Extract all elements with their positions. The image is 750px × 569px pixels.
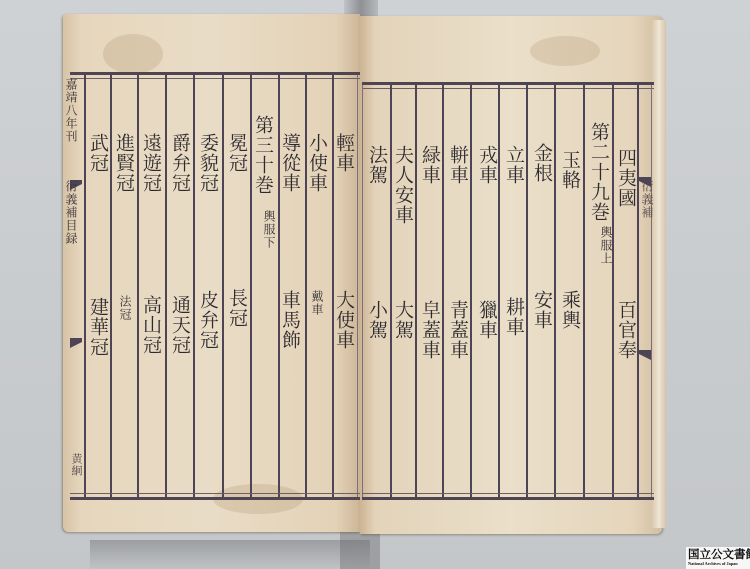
- entry-lower: 小駕: [366, 300, 388, 340]
- left-margin-carver: 黄絅: [70, 453, 83, 477]
- rule-line: [583, 85, 585, 497]
- entry-lower: 青蓋車: [447, 300, 469, 360]
- chapter-note: 輿服下: [262, 210, 276, 249]
- entry-upper: 玉輅: [559, 150, 581, 190]
- chapter-heading: 第三十巻: [252, 115, 274, 195]
- entry-upper: 立車: [503, 145, 525, 185]
- book-shadow: [90, 540, 370, 569]
- entry-lower: 大使車: [333, 290, 355, 350]
- entry-lower: 耕車: [503, 297, 525, 337]
- left-margin-subtitle: 衍義補目録: [64, 180, 78, 245]
- entry-lower: 通天冠: [169, 295, 191, 355]
- chapter-note: 輿服上: [599, 226, 613, 265]
- entry-upper: 戎車: [476, 145, 498, 185]
- rule-line: [165, 75, 167, 497]
- rule-line: [470, 85, 472, 497]
- logo-english: National Archives of Japan: [688, 561, 738, 567]
- entry-upper: 爵弁冠: [169, 133, 191, 193]
- entry-upper: 金根: [531, 143, 553, 183]
- rule-line: [554, 85, 556, 497]
- entry-lower: 車馬飾: [279, 290, 301, 350]
- entry-lower: 戴車: [310, 290, 324, 316]
- entry-lower: 法冠: [118, 295, 132, 321]
- entry-upper: 委貌冠: [197, 133, 219, 193]
- rule-line: [222, 75, 224, 497]
- page-edge: [652, 20, 666, 528]
- entry-lower: 皮弁冠: [197, 290, 219, 350]
- paper-stain: [530, 36, 600, 66]
- rule-line: [526, 85, 528, 497]
- entry-upper: 輕車: [333, 133, 355, 173]
- entry-upper: 夫人安車: [392, 145, 414, 225]
- rule-line: [442, 85, 444, 497]
- rule-line: [84, 75, 86, 497]
- right-margin-title: 衍義補: [640, 180, 654, 219]
- rule-line: [137, 75, 139, 497]
- entry-upper: 小使車: [306, 133, 328, 193]
- entry-upper: 導從車: [279, 133, 301, 193]
- rule-line: [637, 85, 639, 497]
- entry-lower: 大駕: [392, 300, 414, 340]
- left-margin-title: 嘉靖八年刊: [64, 78, 78, 143]
- entry-upper: 法駕: [366, 145, 388, 185]
- rule-line: [651, 85, 652, 497]
- fish-tail-mark: [70, 338, 82, 348]
- fish-tail-mark: [639, 350, 651, 360]
- entry-upper: 軿車: [447, 145, 469, 185]
- chapter-heading: 第二十九巻: [588, 122, 610, 222]
- entry-upper: 進賢冠: [113, 133, 135, 193]
- rule-line: [415, 85, 417, 497]
- entry-upper: 遠遊冠: [140, 133, 162, 193]
- entry-lower: 乘輿: [559, 290, 581, 330]
- rule-line: [110, 75, 112, 497]
- section-heading: 四夷國: [615, 148, 637, 208]
- rule-line: [498, 85, 500, 497]
- rule-line: [362, 85, 363, 497]
- entry-lower: 高山冠: [140, 295, 162, 355]
- entry-lower: 安車: [531, 290, 553, 330]
- entry-upper: 武冠: [87, 133, 109, 173]
- rule-line: [357, 75, 358, 497]
- book-shadow-center: [340, 530, 380, 569]
- archive-logo: 国立公文書館 National Archives of Japan: [686, 547, 750, 569]
- rule-line: [612, 85, 614, 497]
- logo-japanese: 国立公文書館: [688, 548, 750, 561]
- entry-lower: 長冠: [226, 288, 248, 328]
- rule-line: [193, 75, 195, 497]
- paper-stain: [103, 34, 163, 74]
- entry-lower: 皁蓋車: [419, 300, 441, 360]
- entry-lower: 獵車: [476, 300, 498, 340]
- entry-upper: 冕冠: [226, 133, 248, 173]
- section-heading-lower: 百官奉: [615, 300, 637, 360]
- entry-upper: 緑車: [419, 145, 441, 185]
- entry-lower: 建華冠: [87, 297, 109, 357]
